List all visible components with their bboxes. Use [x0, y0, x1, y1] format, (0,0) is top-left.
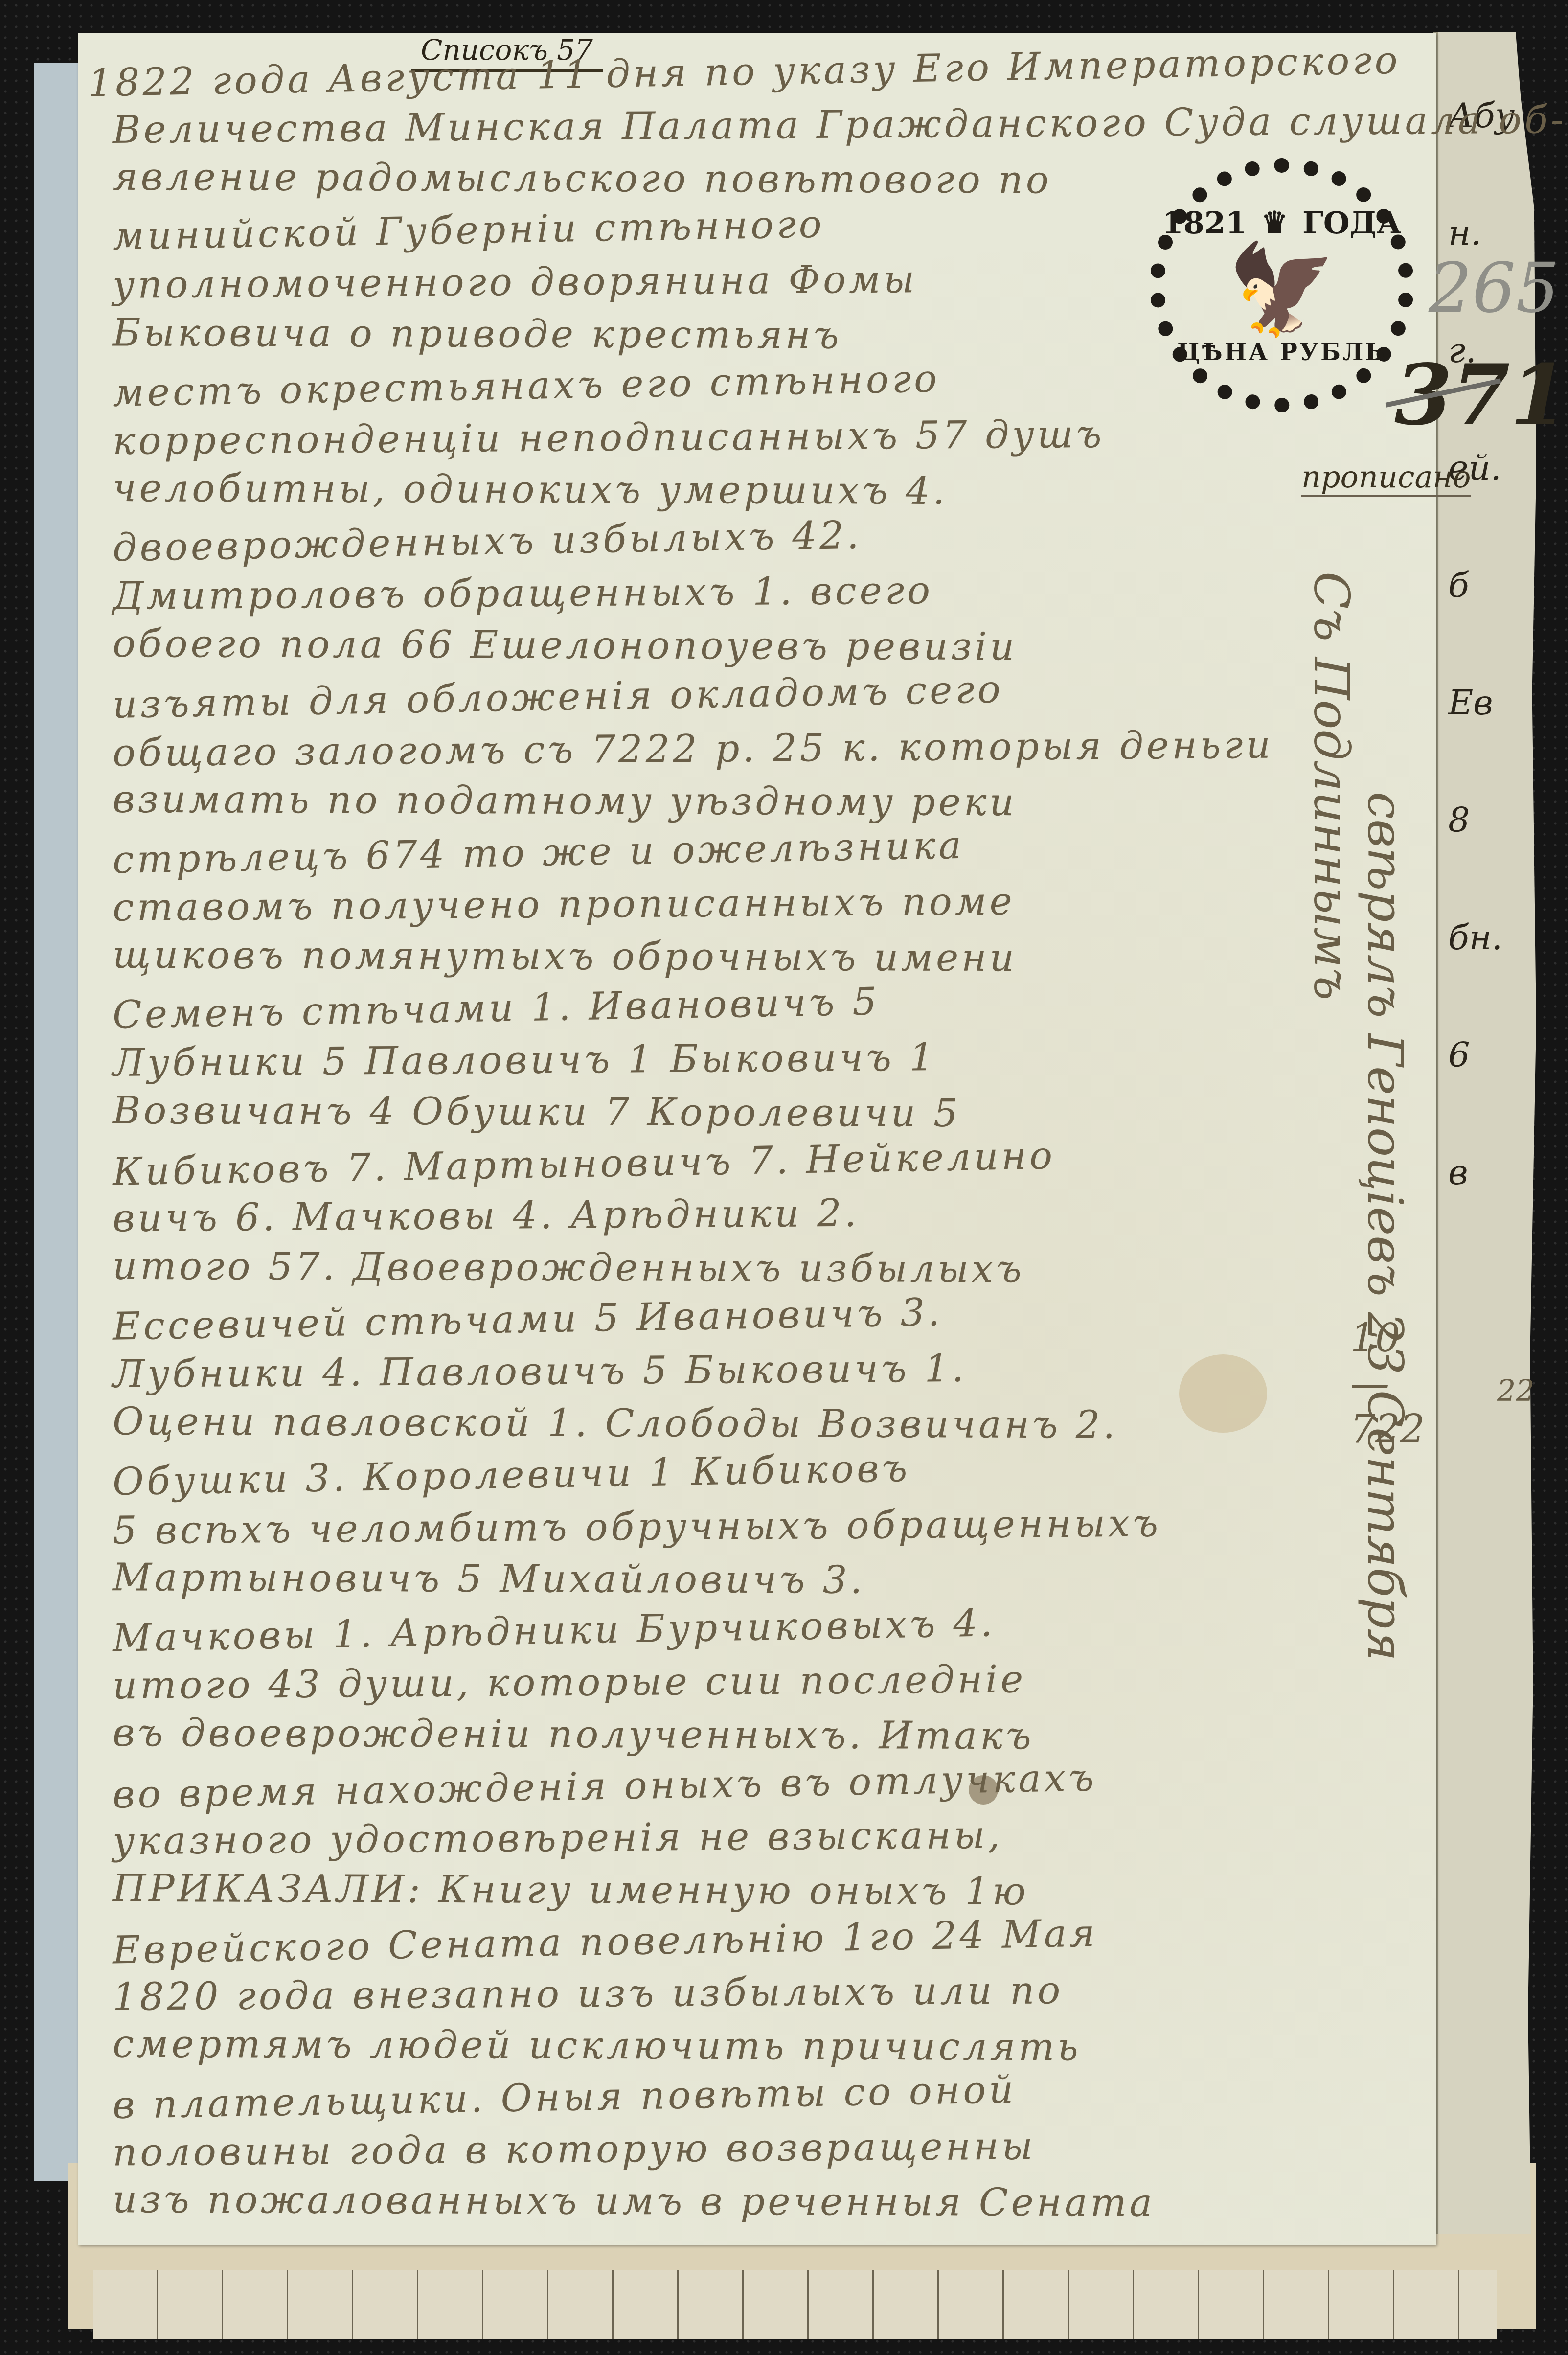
handwritten-line: Дмитроловъ обращенныхъ 1. всего — [113, 569, 933, 618]
ink-folio-number: 371 — [1394, 346, 1568, 444]
underlying-ledger-sheet — [93, 2270, 1497, 2339]
handwritten-line: 1822 года Августа 11 дня по указу Его Им… — [88, 45, 1067, 106]
right-edge-letter: в — [1448, 1152, 1468, 1192]
handwritten-line: Мартыновичъ 5 Михайловичъ 3. — [113, 1555, 865, 1602]
handwritten-line: уполномоченного дворянина Фомы — [113, 257, 918, 307]
handwritten-line: 1820 года внезапно изъ избылыхъ или по — [113, 1968, 1064, 2019]
handwritten-line: щиковъ помянутыхъ оброчныхъ имени — [113, 933, 1017, 980]
handwritten-line: Лубники 5 Павловичъ 1 Быковичъ 1 — [113, 1035, 937, 1085]
handwritten-line: въ двоеврожденіи полученныхъ. Итакъ — [113, 1711, 1034, 1759]
handwritten-line: ставомъ получено прописанныхъ поме — [113, 880, 1015, 930]
stamp-year-row: 1821 ♛ ГОДА — [1162, 205, 1402, 241]
handwritten-line: Лубники 4. Павловичъ 5 Быковичъ 1. — [113, 1347, 967, 1396]
paper-stain — [1179, 1354, 1267, 1433]
handwritten-line: изъяты для обложенія окладомъ сего — [112, 667, 1003, 727]
handwritten-line: указного удостовѣренія не взысканы, — [113, 1813, 1003, 1864]
handwritten-line: Еврейского Сената повелѣнію 1го 24 Мая — [112, 1911, 1098, 1972]
stamp-year: 1821 — [1162, 205, 1247, 241]
handwritten-line: ПРИКАЗАЛИ: Книгу именную оныхъ 1ю — [113, 1867, 1029, 1914]
handwritten-line: итого 57. Двоеврожденныхъ избылыхъ — [113, 1244, 1024, 1292]
handwritten-line: явление радомысльского повѣтового по — [113, 155, 1052, 203]
crown-icon: ♛ — [1261, 206, 1288, 240]
handwritten-line: Ессевичей стѣчами 5 Ивановичъ 3. — [112, 1290, 943, 1349]
margin-sum-bottom: 22 — [1497, 1374, 1534, 1408]
handwritten-line: половины года в которую возвращенны — [113, 2124, 1036, 2174]
handwritten-line: смертямъ людей исключить причислять — [113, 2022, 1081, 2070]
handwritten-line: стрѣлецъ 674 то же и ожелѣзника — [112, 823, 964, 882]
handwritten-line: местъ окрестьянахъ его стѣнного — [112, 357, 940, 415]
vertical-margin-text-1: Съ Подлиннымъ — [1303, 572, 1360, 1001]
handwritten-line: челобитны, одинокихъ умершихъ 4. — [113, 466, 948, 513]
handwritten-line: Кибиковъ 7. Мартыновичъ 7. Нейкелино — [112, 1134, 1055, 1194]
right-edge-letter: н. — [1448, 213, 1481, 253]
stamp-price: ЦѢНА РУБЛЬ — [1177, 339, 1386, 366]
handwritten-line: взимать по податному уѣздному реки — [113, 777, 1017, 824]
handwritten-line: Оцени павловской 1. Слободы Возвичанъ 2. — [113, 1399, 1118, 1447]
handwritten-line: минийской Губерніи стѣнного — [112, 202, 825, 258]
handwritten-line: итого 43 души, которые сии последніе — [113, 1657, 1026, 1708]
handwritten-line: изъ пожалованныхъ имъ в реченныя Сената — [113, 2177, 1155, 2225]
vertical-margin-text-2: свѣрялъ Геноціевъ 23 Сентября — [1357, 792, 1414, 1661]
document-page: Списокъ 57 1821 ♛ ГОДА 🦅 ЦѢНА РУБЛЬ 265 … — [78, 33, 1436, 2245]
right-edge-letter: б — [1448, 565, 1469, 605]
handwritten-line: Быковича о приводе крестьянъ — [113, 311, 842, 357]
handwritten-line: обоего пола 66 Ешелонопоуевъ ревизіи — [113, 622, 1018, 669]
right-edge-letter: Ев — [1448, 683, 1493, 723]
handwritten-line: Возвичанъ 4 Обушки 7 Королевичи 5 — [113, 1089, 961, 1136]
pencil-folio-number: 265 — [1429, 249, 1559, 328]
double-headed-eagle-icon: 🦅 — [1227, 246, 1337, 334]
handwritten-line: Мачковы 1. Арѣдники Бурчиковыхъ 4. — [112, 1601, 996, 1660]
handwritten-line: Семенъ стѣчами 1. Ивановичъ 5 — [112, 980, 880, 1037]
stamp-year-label: ГОДА — [1302, 205, 1401, 241]
handwritten-line: во время нахожденія оныхъ въ отлучкахъ — [112, 1756, 1097, 1817]
margin-sum-top: 10 — 722 — [1350, 1315, 1436, 1452]
handwritten-line: общаго залогомъ съ 7222 р. 25 к. которыя… — [113, 723, 1273, 776]
right-edge-letter: 6 — [1448, 1035, 1470, 1075]
right-edge-letter: 8 — [1448, 800, 1470, 840]
handwritten-line: двоеврожденныхъ избылыхъ 42. — [112, 513, 862, 571]
handwritten-line: корреспонденціи неподписанныхъ 57 душъ — [113, 412, 1091, 463]
handwritten-line: Обушки 3. Королевичи 1 Кибиковъ — [112, 1446, 910, 1504]
stamp-seal: 1821 ♛ ГОДА 🦅 ЦѢНА РУБЛЬ — [1150, 158, 1414, 412]
margin-annotation: прописано — [1301, 459, 1471, 497]
handwritten-line: 5 всѣхъ челомбитъ обручныхъ обращенныхъ — [113, 1502, 1161, 1553]
handwritten-line: вичъ 6. Мачковы 4. Арѣдники 2. — [113, 1191, 860, 1241]
handwritten-line: в плательщики. Оныя повѣты со оной — [112, 2068, 1017, 2127]
right-edge-letter: бн. — [1448, 917, 1502, 958]
handwritten-line: Величества Минская Палата Гражданского С… — [113, 101, 1091, 152]
